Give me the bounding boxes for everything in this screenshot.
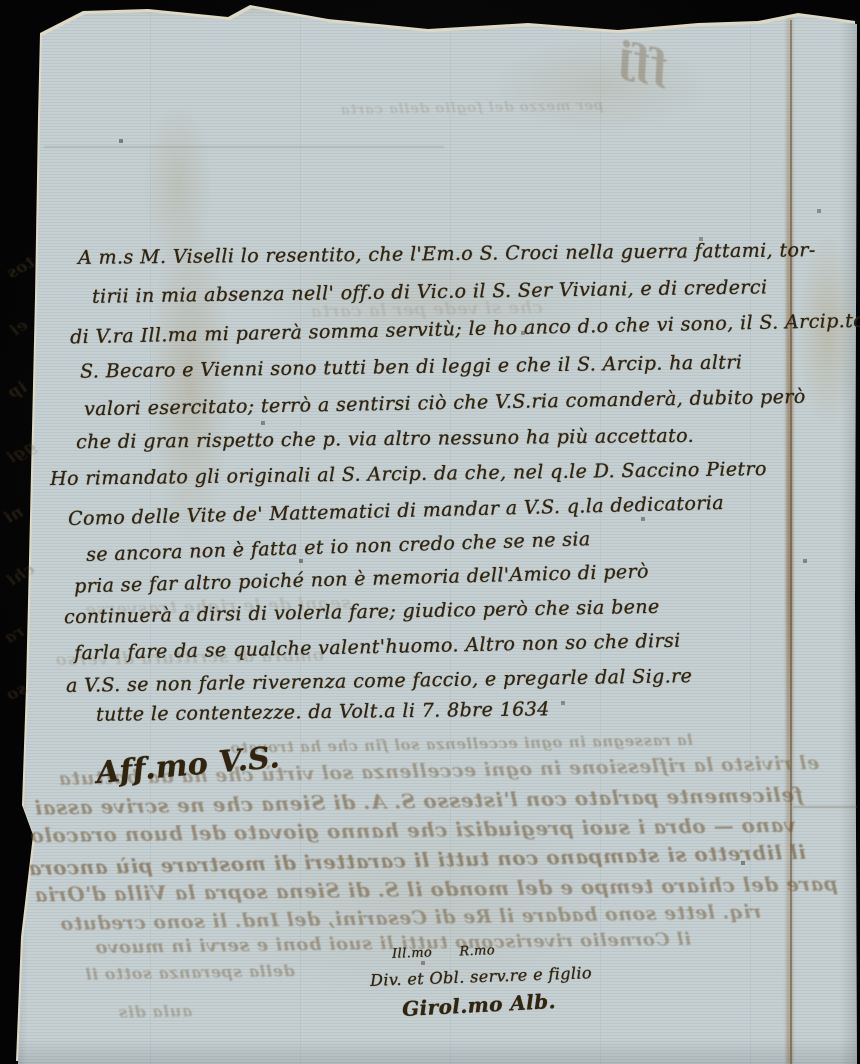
- ink-specks: [0, 0, 2, 2]
- bleedthrough-fragment: ni: [1, 502, 26, 527]
- bleedthrough-fragment: tos: [3, 252, 37, 282]
- fold-crease: [790, 20, 792, 1064]
- bleedthrough-line: della speranza sotto il: [85, 961, 295, 984]
- bleedthrough-fragment: ra: [1, 621, 28, 647]
- bleedthrough-line: aula dis: [118, 1001, 193, 1021]
- bleedthrough-fragment: ei: [6, 315, 31, 340]
- bleedthrough-fragment: ip: [5, 377, 30, 402]
- horizontal-crease-main: [44, 146, 444, 148]
- manuscript-photo: ffj per mezzo del foglio della carta che…: [0, 0, 860, 1064]
